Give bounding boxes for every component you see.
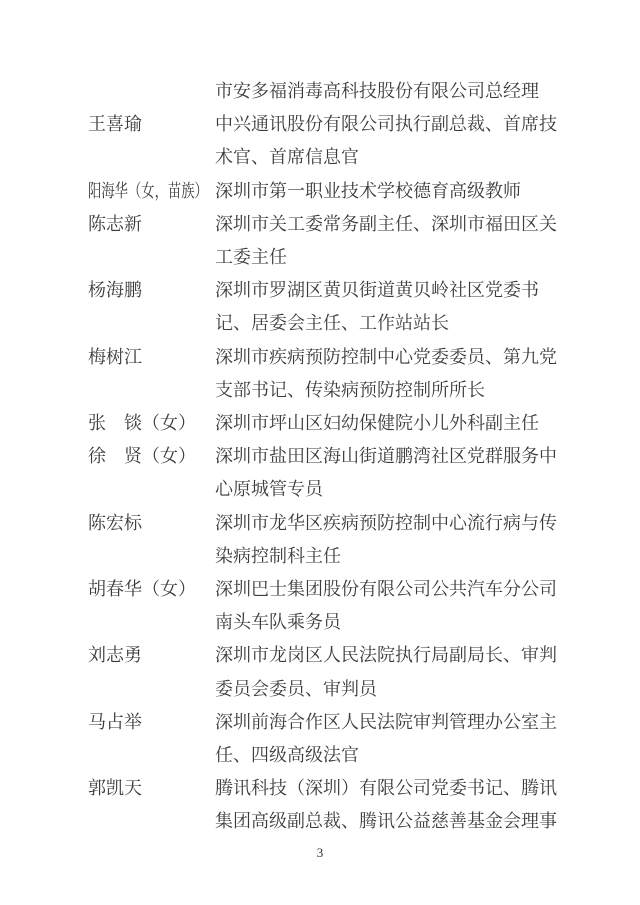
entry-row: 阳海华（女，苗族） 深圳市第一职业技术学校德育高级教师 [88, 175, 562, 208]
entry-position: 腾讯科技（深圳）有限公司党委书记、腾讯 集团高级副总裁、腾讯公益慈善基金会理事 [215, 772, 562, 838]
entry-name: 郭凯天 [88, 772, 215, 805]
continuation-row: 市安多福消毒高科技股份有限公司总经理 [88, 75, 562, 108]
entry-name: 梅树江 [88, 341, 215, 374]
entry-name: 阳海华（女，苗族） [88, 175, 182, 208]
entry-name: 杨海鹏 [88, 274, 215, 307]
entry-name: 徐 贤（女） [88, 440, 215, 473]
entry-name: 刘志勇 [88, 639, 215, 672]
entry-row: 陈宏标 深圳市龙华区疾病预防控制中心流行病与传 染病控制科主任 [88, 507, 562, 573]
entry-row: 梅树江 深圳市疾病预防控制中心党委委员、第九党 支部书记、传染病预防控制所所长 [88, 341, 562, 407]
entry-position: 深圳巴士集团股份有限公司公共汽车分公司 南头车队乘务员 [215, 573, 562, 639]
entry-position: 深圳市龙岗区人民法院执行局副局长、审判 委员会委员、审判员 [215, 639, 562, 705]
entry-name: 胡春华（女） [88, 573, 215, 606]
entry-row: 徐 贤（女） 深圳市盐田区海山街道鹏湾社区党群服务中 心原城管专员 [88, 440, 562, 506]
entry-name: 马占举 [88, 706, 215, 739]
entry-position: 深圳市关工委常务副主任、深圳市福田区关 工委主任 [215, 208, 562, 274]
entry-row: 王喜瑜 中兴通讯股份有限公司执行副总裁、首席技 术官、首席信息官 [88, 108, 562, 174]
entry-position: 中兴通讯股份有限公司执行副总裁、首席技 术官、首席信息官 [215, 108, 562, 174]
name-list: 市安多福消毒高科技股份有限公司总经理 王喜瑜 中兴通讯股份有限公司执行副总裁、首… [88, 75, 562, 860]
entry-row: 张 锬（女） 深圳市坪山区妇幼保健院小儿外科副主任 [88, 407, 562, 440]
entry-position: 深圳市罗湖区黄贝街道黄贝岭社区党委书 记、居委会主任、工作站站长 [215, 274, 562, 340]
entries-list: 王喜瑜 中兴通讯股份有限公司执行副总裁、首席技 术官、首席信息官 阳海华（女，苗… [88, 108, 562, 838]
entry-row: 胡春华（女） 深圳巴士集团股份有限公司公共汽车分公司 南头车队乘务员 [88, 573, 562, 639]
entry-position: 深圳市坪山区妇幼保健院小儿外科副主任 [215, 407, 562, 440]
entry-name: 陈宏标 [88, 507, 215, 540]
entry-position: 深圳市盐田区海山街道鹏湾社区党群服务中 心原城管专员 [215, 440, 562, 506]
entry-row: 杨海鹏 深圳市罗湖区黄贝街道黄贝岭社区党委书 记、居委会主任、工作站站长 [88, 274, 562, 340]
entry-row: 陈志新 深圳市关工委常务副主任、深圳市福田区关 工委主任 [88, 208, 562, 274]
entry-position: 深圳前海合作区人民法院审判管理办公室主 任、四级高级法官 [215, 706, 562, 772]
entry-position: 深圳市第一职业技术学校德育高级教师 [215, 175, 562, 208]
entry-name: 王喜瑜 [88, 108, 215, 141]
entry-position: 深圳市疾病预防控制中心党委委员、第九党 支部书记、传染病预防控制所所长 [215, 341, 562, 407]
entry-row: 刘志勇 深圳市龙岗区人民法院执行局副局长、审判 委员会委员、审判员 [88, 639, 562, 705]
entry-name: 张 锬（女） [88, 407, 215, 440]
document-page: 市安多福消毒高科技股份有限公司总经理 王喜瑜 中兴通讯股份有限公司执行副总裁、首… [0, 0, 640, 905]
entry-row: 郭凯天 腾讯科技（深圳）有限公司党委书记、腾讯 集团高级副总裁、腾讯公益慈善基金… [88, 772, 562, 838]
entry-position: 深圳市龙华区疾病预防控制中心流行病与传 染病控制科主任 [215, 507, 562, 573]
entry-name: 陈志新 [88, 208, 215, 241]
entry-row: 马占举 深圳前海合作区人民法院审判管理办公室主 任、四级高级法官 [88, 706, 562, 772]
continuation-position-text: 市安多福消毒高科技股份有限公司总经理 [215, 75, 562, 108]
page-number: 3 [88, 846, 552, 860]
